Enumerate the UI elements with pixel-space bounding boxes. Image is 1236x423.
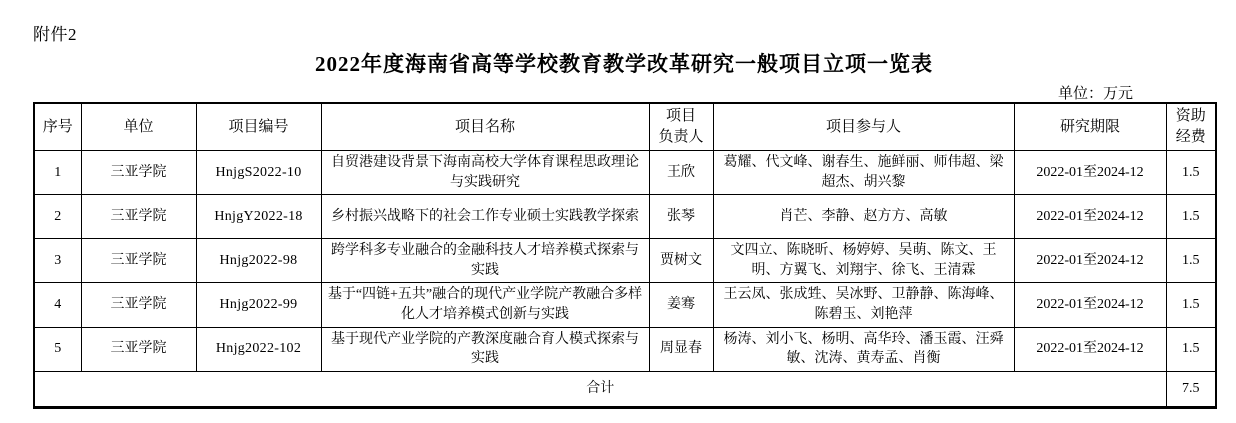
- col-header-seq: 序号: [34, 103, 81, 151]
- cell-fund: 1.5: [1166, 151, 1216, 195]
- cell-leader: 姜骞: [649, 283, 713, 327]
- table-row: 5 三亚学院 Hnjg2022-102 基于现代产业学院的产教深度融合育人模式探…: [34, 327, 1216, 371]
- cell-seq: 1: [34, 151, 81, 195]
- cell-seq: 4: [34, 283, 81, 327]
- cell-fund: 1.5: [1166, 283, 1216, 327]
- cell-seq: 3: [34, 239, 81, 283]
- page-title: 2022年度海南省高等学校教育教学改革研究一般项目立项一览表: [33, 48, 1215, 78]
- cell-name: 跨学科多专业融合的金融科技人才培养模式探索与实践: [321, 239, 649, 283]
- cell-fund: 1.5: [1166, 239, 1216, 283]
- cell-participants: 葛耀、代文峰、谢春生、施鲜丽、师伟超、梁超杰、胡兴黎: [713, 151, 1014, 195]
- col-header-period: 研究期限: [1014, 103, 1166, 151]
- cell-participants: 杨涛、刘小飞、杨明、高华玲、潘玉霞、汪舜敏、沈涛、黄寿孟、肖衡: [713, 327, 1014, 371]
- cell-code: HnjgY2022-18: [196, 195, 321, 239]
- attachment-label: 附件2: [33, 20, 77, 45]
- cell-participants: 文四立、陈晓昕、杨婷婷、吴萌、陈文、王明、方翼飞、刘翔宇、徐飞、王清霖: [713, 239, 1014, 283]
- cell-leader: 贾树文: [649, 239, 713, 283]
- projects-table: 序号 单位 项目编号 项目名称 项目 负责人 项目参与人 研究期限 资助 经费 …: [33, 102, 1217, 409]
- table-row: 4 三亚学院 Hnjg2022-99 基于“四链+五共”融合的现代产业学院产教融…: [34, 283, 1216, 327]
- cell-code: HnjgS2022-10: [196, 151, 321, 195]
- col-header-fund: 资助 经费: [1166, 103, 1216, 151]
- cell-name: 基于现代产业学院的产教深度融合育人模式探索与实践: [321, 327, 649, 371]
- total-fund: 7.5: [1166, 371, 1216, 407]
- cell-fund: 1.5: [1166, 195, 1216, 239]
- cell-code: Hnjg2022-99: [196, 283, 321, 327]
- unit-note: 单位：万元: [33, 82, 1215, 103]
- total-row: 合计 7.5: [34, 371, 1216, 407]
- cell-leader: 王欣: [649, 151, 713, 195]
- cell-seq: 2: [34, 195, 81, 239]
- document-page: 附件2 2022年度海南省高等学校教育教学改革研究一般项目立项一览表 单位：万元…: [0, 0, 1236, 423]
- header-row: 序号 单位 项目编号 项目名称 项目 负责人 项目参与人 研究期限 资助 经费: [34, 103, 1216, 151]
- cell-code: Hnjg2022-98: [196, 239, 321, 283]
- cell-code: Hnjg2022-102: [196, 327, 321, 371]
- cell-period: 2022-01至2024-12: [1014, 151, 1166, 195]
- table-row: 3 三亚学院 Hnjg2022-98 跨学科多专业融合的金融科技人才培养模式探索…: [34, 239, 1216, 283]
- cell-unit: 三亚学院: [81, 151, 196, 195]
- col-header-unit: 单位: [81, 103, 196, 151]
- cell-name: 自贸港建设背景下海南高校大学体育课程思政理论与实践研究: [321, 151, 649, 195]
- cell-period: 2022-01至2024-12: [1014, 239, 1166, 283]
- col-header-leader: 项目 负责人: [649, 103, 713, 151]
- col-header-code: 项目编号: [196, 103, 321, 151]
- cell-name: 乡村振兴战略下的社会工作专业硕士实践教学探索: [321, 195, 649, 239]
- col-header-participants: 项目参与人: [713, 103, 1014, 151]
- cell-period: 2022-01至2024-12: [1014, 195, 1166, 239]
- cell-seq: 5: [34, 327, 81, 371]
- col-header-name: 项目名称: [321, 103, 649, 151]
- cell-leader: 张琴: [649, 195, 713, 239]
- cell-leader: 周显春: [649, 327, 713, 371]
- cell-unit: 三亚学院: [81, 327, 196, 371]
- table-row: 2 三亚学院 HnjgY2022-18 乡村振兴战略下的社会工作专业硕士实践教学…: [34, 195, 1216, 239]
- table-row: 1 三亚学院 HnjgS2022-10 自贸港建设背景下海南高校大学体育课程思政…: [34, 151, 1216, 195]
- cell-fund: 1.5: [1166, 327, 1216, 371]
- cell-unit: 三亚学院: [81, 195, 196, 239]
- cell-participants: 肖芒、李静、赵方方、高敏: [713, 195, 1014, 239]
- cell-unit: 三亚学院: [81, 239, 196, 283]
- total-label: 合计: [34, 371, 1166, 407]
- cell-unit: 三亚学院: [81, 283, 196, 327]
- cell-name: 基于“四链+五共”融合的现代产业学院产教融合多样化人才培养模式创新与实践: [321, 283, 649, 327]
- cell-period: 2022-01至2024-12: [1014, 283, 1166, 327]
- cell-participants: 王云凤、张成甡、吴冰野、卫静静、陈海峰、陈碧玉、刘艳萍: [713, 283, 1014, 327]
- cell-period: 2022-01至2024-12: [1014, 327, 1166, 371]
